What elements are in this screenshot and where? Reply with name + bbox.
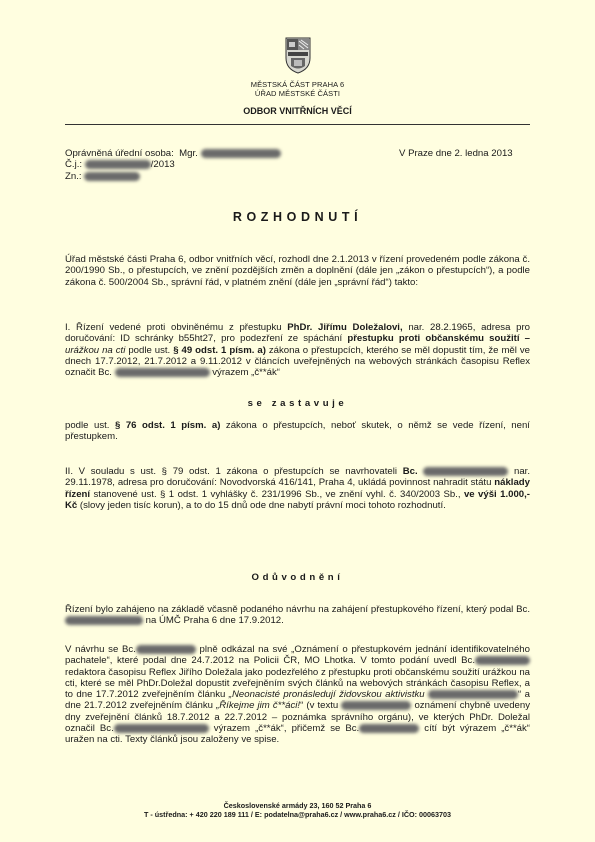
redacted-ref	[85, 160, 151, 169]
redacted-name	[428, 690, 518, 699]
redacted-file-mark	[84, 172, 140, 181]
coat-of-arms-icon	[284, 36, 312, 74]
department-name: ODBOR VNITŘNÍCH VĚCÍ	[0, 106, 595, 116]
official-title: Mgr.	[179, 148, 198, 159]
official-person-line: Oprávněná úřední osoba: Mgr.	[65, 148, 281, 159]
reference-block: Oprávněná úřední osoba: Mgr. Č.j.: /2013…	[65, 148, 281, 182]
redacted-name	[475, 656, 530, 665]
footer-address: Československé armády 23, 160 52 Praha 6	[0, 801, 595, 810]
intro-paragraph: Úřad městské části Praha 6, odbor vnitřn…	[65, 254, 530, 288]
document-title: ROZHODNUTÍ	[0, 210, 595, 224]
verdict-paragraph: podle ust. § 76 odst. 1 písm. a) zákona …	[65, 420, 530, 443]
redacted-name	[115, 368, 210, 377]
reasoning-paragraph-2: V návrhu se Bc. plně odkázal na své „Ozn…	[65, 644, 530, 746]
redacted-name	[201, 149, 281, 158]
header-divider	[65, 124, 530, 125]
ref-label: Č.j.:	[65, 159, 82, 170]
reference-number-line: Č.j.: /2013	[65, 159, 281, 170]
redacted-name	[114, 724, 209, 733]
redacted-name	[359, 724, 419, 733]
official-label: Oprávněná úřední osoba:	[65, 148, 174, 159]
reasoning-paragraph-1: Řízení bylo zahájeno na základě včasně p…	[65, 604, 530, 627]
redacted-name	[136, 645, 196, 654]
document-date: V Praze dne 2. ledna 2013	[399, 148, 513, 159]
letterhead: MĚSTSKÁ ČÁST PRAHA 6 ÚŘAD MĚSTSKÉ ČÁSTI …	[0, 36, 595, 116]
redacted-name	[65, 616, 143, 625]
ref-suffix: /2013	[151, 159, 175, 170]
document-page: MĚSTSKÁ ČÁST PRAHA 6 ÚŘAD MĚSTSKÉ ČÁSTI …	[0, 0, 595, 842]
file-mark-line: Zn.:	[65, 171, 281, 182]
reasoning-heading: Odůvodnění	[0, 572, 595, 583]
org-name-line1: MĚSTSKÁ ČÁST PRAHA 6	[0, 80, 595, 89]
org-name-line2: ÚŘAD MĚSTSKÉ ČÁSTI	[0, 89, 595, 98]
section-1-paragraph: I. Řízení vedené proti obviněnému z přes…	[65, 322, 530, 378]
section-2-paragraph: II. V souladu s ust. § 79 odst. 1 zákona…	[65, 466, 530, 511]
footer: Československé armády 23, 160 52 Praha 6…	[0, 801, 595, 819]
verdict-heading: se zastavuje	[0, 398, 595, 409]
footer-contacts: T - ústředna: + 420 220 189 111 / E: pod…	[0, 810, 595, 819]
zn-label: Zn.:	[65, 171, 82, 182]
redacted-name	[341, 701, 411, 710]
redacted-name	[423, 467, 508, 476]
